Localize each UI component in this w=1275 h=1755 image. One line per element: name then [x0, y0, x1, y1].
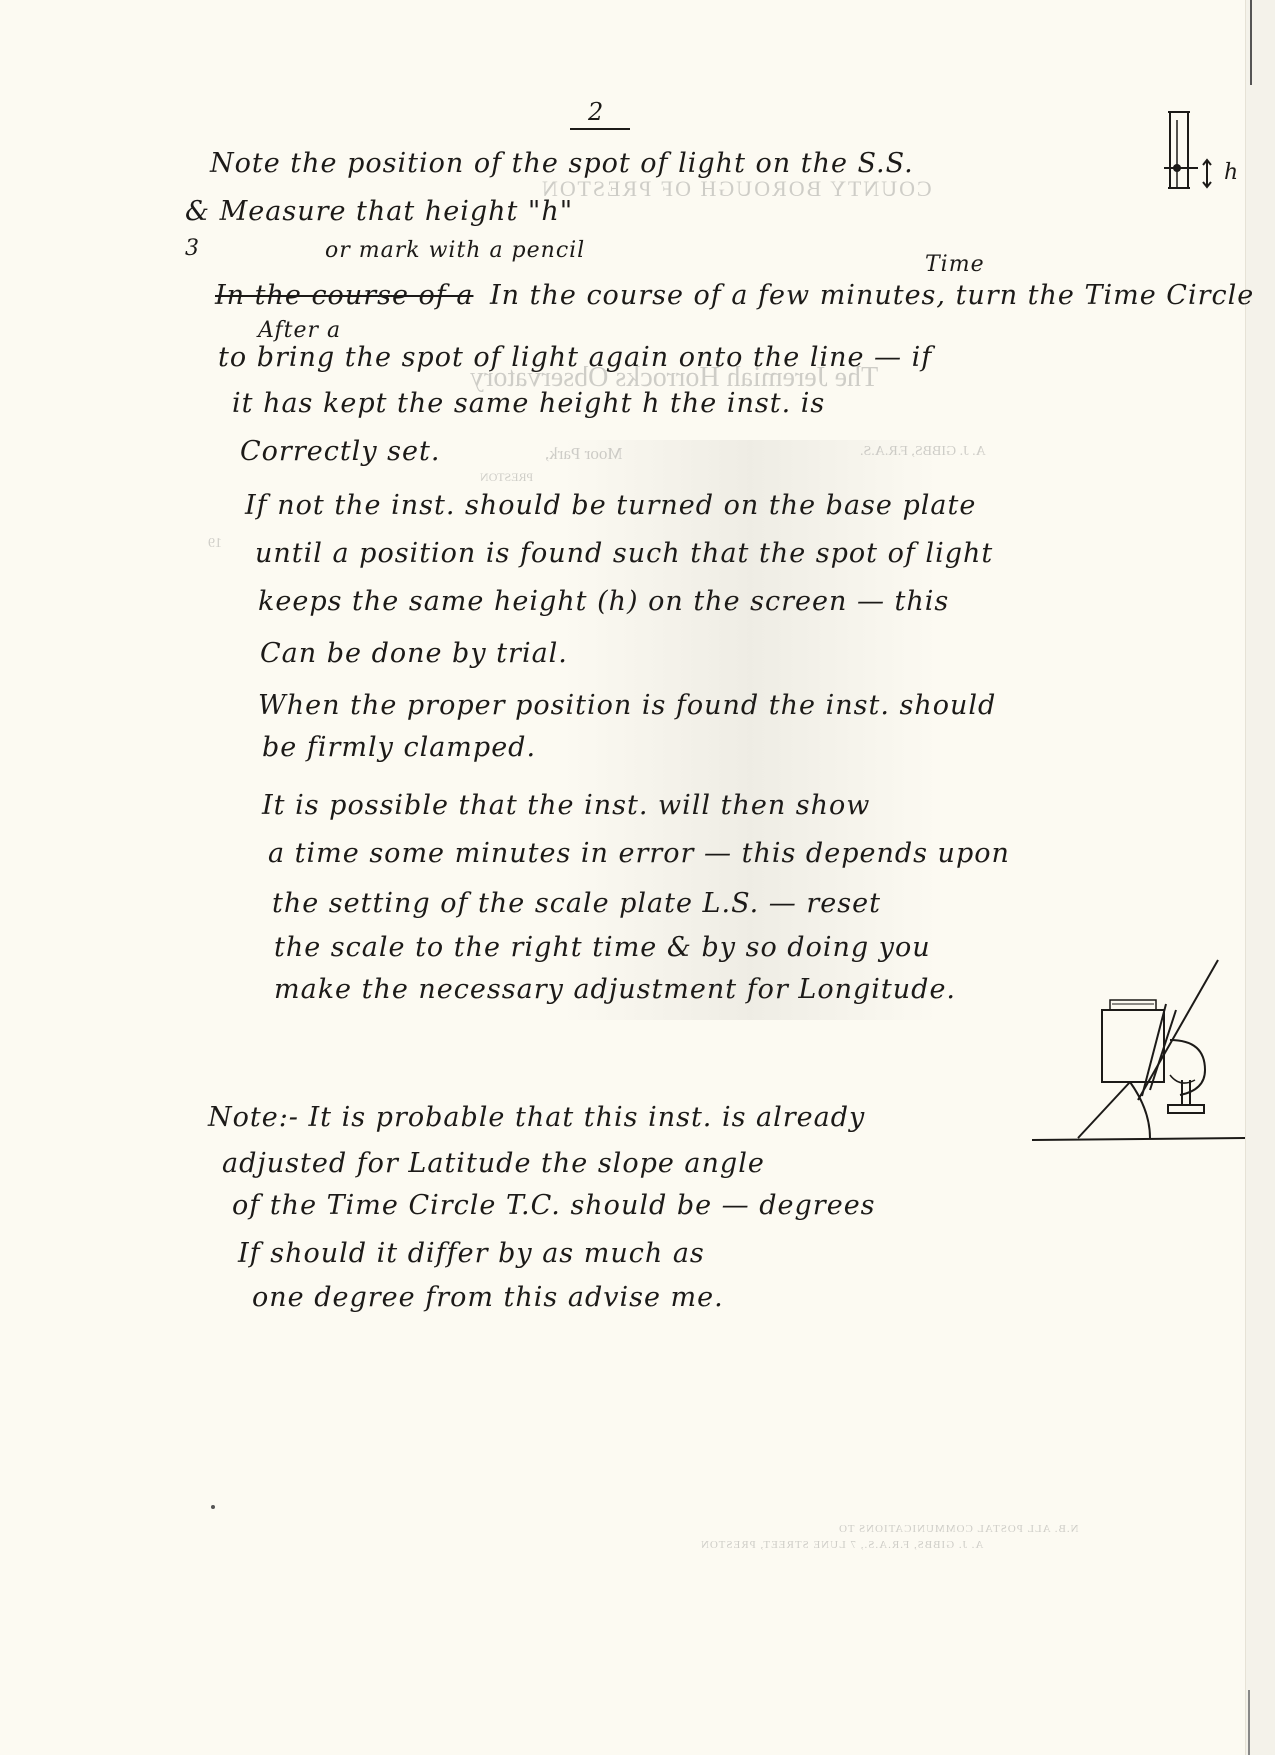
line-6: it has kept the same height h the inst. …	[232, 388, 825, 419]
line-16: the setting of the scale plate L.S. — re…	[272, 888, 881, 919]
line-9: until a position is found such that the …	[255, 538, 993, 569]
bleed-header-1: COUNTY BOROUGH OF PRESTON	[540, 176, 932, 202]
page-number-underline	[570, 128, 630, 130]
margin-index: 3	[185, 236, 200, 261]
line-12: When the proper position is found the in…	[258, 690, 996, 721]
bleed-footer-1: N.B. ALL POSTAL COMMUNICATIONS TO	[838, 1523, 1079, 1535]
page-number: 2	[588, 98, 603, 126]
bleed-address-2: PRESTON	[480, 470, 533, 485]
note-line-4: If should it differ by as much as	[238, 1238, 705, 1269]
strikeout-course: In the course of a	[215, 280, 473, 311]
line-13: be firmly clamped.	[262, 732, 536, 763]
bleed-footer-2: A. J. GIBBS, F.R.A.S., 7 LUNE STREET, PR…	[700, 1539, 983, 1551]
instrument-sketch-icon	[1030, 960, 1250, 1150]
note-line-2: adjusted for Latitude the slope angle	[222, 1148, 765, 1179]
line-14: It is possible that the inst. will then …	[262, 790, 870, 821]
edge-mark	[1250, 0, 1252, 85]
line-7: Correctly set.	[240, 436, 440, 467]
bleed-date-mark: 19	[208, 536, 222, 552]
bleed-address-1: Moor Park,	[545, 444, 622, 464]
line-1: Note the position of the spot of light o…	[210, 148, 914, 179]
line-4: In the course of a few minutes, turn the…	[490, 280, 1254, 311]
line-17: the scale to the right time & by so doin…	[274, 932, 931, 963]
edge-mark-bottom	[1248, 1690, 1250, 1755]
diagram-height-label: h	[1224, 160, 1239, 185]
ink-dot	[211, 1505, 215, 1509]
line-5: to bring the spot of light again onto th…	[218, 342, 932, 373]
line-15: a time some minutes in error — this depe…	[268, 838, 1010, 869]
line-10: keeps the same height (h) on the screen …	[258, 586, 949, 617]
insert-time: Time	[925, 252, 985, 277]
note-line-5: one degree from this advise me.	[252, 1282, 724, 1313]
insert-after-a: After a	[258, 318, 341, 343]
page-edge	[1245, 0, 1275, 1755]
line-8: If not the inst. should be turned on the…	[245, 490, 976, 521]
bleed-director: A. J. GIBBS, F.R.A.S.	[860, 444, 986, 460]
note-line-3: of the Time Circle T.C. should be — degr…	[232, 1190, 876, 1221]
line-11: Can be done by trial.	[260, 638, 568, 669]
line-2: & Measure that height "h"	[185, 196, 573, 227]
line-3: or mark with a pencil	[325, 238, 585, 263]
line-18: make the necessary adjustment for Longit…	[274, 974, 956, 1005]
note-line-1: Note:- It is probable that this inst. is…	[208, 1102, 865, 1133]
